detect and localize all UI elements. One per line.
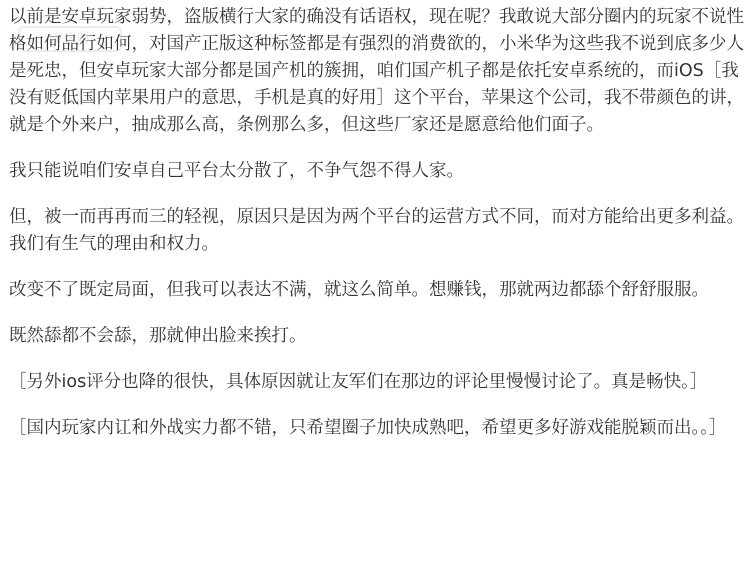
paragraph-1: 以前是安卓玩家弱势，盗版横行大家的确没有话语权，现在呢？我敢说大部分圈内的玩家不…	[9, 4, 744, 139]
paragraph-2: 我只能说咱们安卓自己平台太分散了，不争气怨不得人家。	[9, 158, 744, 185]
paragraph-3: 但，被一而再再而三的轻视，原因只是因为两个平台的运营方式不同，而对方能给出更多利…	[9, 204, 744, 258]
paragraph-6: ［另外ios评分也降的很快，具体原因就让友军们在那边的评论里慢慢讨论了。真是畅快…	[9, 369, 744, 396]
article-body: 以前是安卓玩家弱势，盗版横行大家的确没有话语权，现在呢？我敢说大部分圈内的玩家不…	[9, 4, 744, 461]
paragraph-4: 改变不了既定局面，但我可以表达不满，就这么简单。想赚钱，那就两边都舔个舒舒服服。	[9, 277, 744, 304]
paragraph-5: 既然舔都不会舔，那就伸出脸来挨打。	[9, 323, 744, 350]
paragraph-7: ［国内玩家内讧和外战实力都不错，只希望圈子加快成熟吧，希望更多好游戏能脱颖而出。…	[9, 415, 744, 442]
